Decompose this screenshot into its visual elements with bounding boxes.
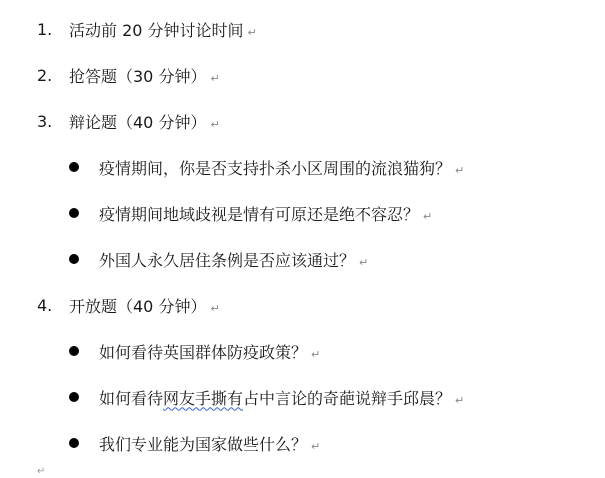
list-number: 4. — [37, 296, 52, 315]
list-item-text: 辩论题（40 分钟） — [69, 113, 206, 132]
bullet-icon — [69, 438, 79, 448]
paragraph-mark-icon: ↵ — [359, 256, 368, 269]
paragraph-mark-icon: ↵ — [311, 440, 320, 453]
bullet-icon — [69, 392, 79, 402]
paragraph-mark-icon: ↵ — [455, 394, 464, 407]
paragraph-mark-icon: ↵ — [455, 164, 464, 177]
bullet-icon — [69, 208, 79, 218]
list-item-text: 活动前 20 分钟讨论时间 — [69, 21, 244, 40]
bullet-text-after: 占中言论的奇葩说辩手邱晨？ — [243, 389, 451, 408]
paragraph-mark-icon: ↵ — [37, 466, 45, 477]
bullet-text: 如何看待英国群体防疫政策？ — [99, 343, 307, 362]
list-number: 3. — [37, 112, 52, 131]
paragraph-mark-icon: ↵ — [210, 72, 219, 85]
bullet-text: 疫情期间，你是否支持扑杀小区周围的流浪猫狗？ — [99, 159, 451, 178]
bullet-icon — [69, 254, 79, 264]
bullet-text: 我们专业能为国家做些什么？ — [99, 435, 307, 454]
bullet-icon — [69, 162, 79, 172]
paragraph-mark-icon: ↵ — [311, 348, 320, 361]
spellcheck-flagged-text[interactable]: 网友手撕有 — [163, 389, 243, 408]
paragraph-mark-icon: ↵ — [248, 26, 257, 39]
paragraph-mark-icon: ↵ — [210, 302, 219, 315]
bullet-text: 外国人永久居住条例是否应该通过？ — [99, 251, 355, 270]
bullet-icon — [69, 346, 79, 356]
bullet-text: 疫情期间地域歧视是情有可原还是绝不容忍？ — [99, 205, 419, 224]
list-number: 1. — [37, 20, 52, 39]
paragraph-mark-icon: ↵ — [423, 210, 432, 223]
list-number: 2. — [37, 66, 52, 85]
bullet-text-before: 如何看待 — [99, 389, 163, 408]
paragraph-mark-icon: ↵ — [210, 118, 219, 131]
list-item-text: 抢答题（30 分钟） — [69, 67, 206, 86]
list-item-text: 开放题（40 分钟） — [69, 297, 206, 316]
